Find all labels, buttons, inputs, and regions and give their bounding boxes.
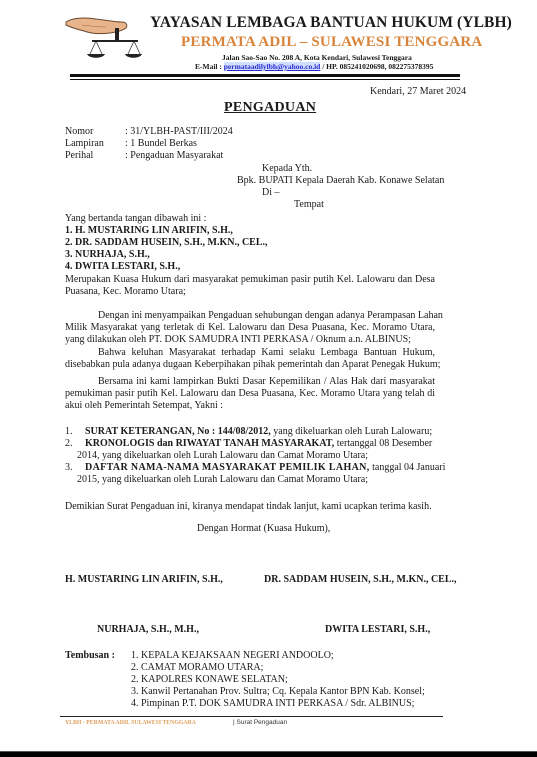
letterhead-rule — [70, 74, 460, 77]
role-line-1: Merupakan Kuasa Hukum dari masyarakat pe… — [65, 274, 435, 286]
attachment-3-num: 3. — [65, 462, 73, 474]
footer-org: YLBH - PERMATA ADIL SULAWESI TENGGARA — [65, 720, 196, 726]
cc-label: Tembusan : — [65, 650, 115, 662]
body-p2-line-2: disebabkan pula adanya dugaan Keberpihak… — [65, 359, 435, 371]
email-link[interactable]: permataadilylbh@yahoo.co.id — [224, 62, 321, 71]
document-title: PENGADUAN — [224, 100, 316, 116]
footer-doc-type: | Surat Pengaduan — [233, 719, 287, 726]
attachment-3-desc: tanggal 04 Januari — [370, 462, 446, 473]
attachment-2-title: KRONOLOGIS dan RIWAYAT TANAH MASYARAKAT, — [85, 438, 334, 449]
attachment-1-desc: yang dikeluarkan oleh Lurah Lalowaru; — [271, 426, 432, 437]
letterhead-rule-thin — [70, 79, 460, 80]
cc-item-3: 2. KAPOLRES KONAWE SELATAN; — [131, 674, 288, 686]
footer-rule — [60, 716, 443, 717]
attachment-3-cont: 2015, yang dikeluarkan oleh Lurah Lalowa… — [77, 474, 368, 486]
attachment-3-title: DAFTAR NAMA-NAMA MASYARAKAT PEMILIK LAHA… — [85, 462, 370, 473]
cc-item-2: 2. CAMAT MORAMO UTARA; — [131, 662, 263, 674]
email-label: E-Mail : — [195, 62, 222, 71]
signature-name-3: NURHAJA, S.H., M.H., — [97, 624, 199, 636]
body-p2-line-1: Bahwa keluhan Masyarakat terhadap Kami s… — [98, 347, 435, 359]
meta-label-lampiran: Lampiran — [65, 138, 104, 150]
body-p1-line-3: yang dilakukan oleh PT. DOK SAMUDRA INTI… — [65, 334, 411, 346]
signature-name-4: DWITA LESTARI, S.H., — [325, 624, 430, 636]
org-contact: E-Mail : permataadilylbh@yahoo.co.id / H… — [195, 62, 433, 71]
hand-holding-scales-icon — [62, 12, 142, 64]
recipient-greeting: Kepada Yth. — [262, 163, 312, 175]
attachment-2-desc: tertanggal 08 Desember — [334, 438, 432, 449]
attachment-2-cont: 2014, yang dikeluarkan oleh Lurah Lalowa… — [77, 450, 368, 462]
meta-label-nomor: Nomor — [65, 126, 93, 138]
signatory-1: 1. H. MUSTARING LIN ARIFIN, S.H., — [65, 225, 233, 237]
body-p1-line-2: Milik Masyarakat yang terletak di Kel. L… — [65, 322, 435, 334]
place-date: Kendari, 27 Maret 2024 — [370, 86, 466, 98]
closing-text: Demikian Surat Pengaduan ini, kiranya me… — [65, 501, 432, 513]
cc-item-5: 4. Pimpinan P.T. DOK SAMUDRA INTI PERKAS… — [131, 698, 414, 710]
body-p3-line-1: Bersama ini kami lampirkan Bukti Dasar K… — [98, 376, 435, 388]
recipient-name: Bpk. BUPATI Kepala Daerah Kab. Konawe Se… — [237, 175, 444, 187]
signature-name-1: H. MUSTARING LIN ARIFIN, S.H., — [65, 574, 223, 586]
attachment-2-num: 2. — [65, 438, 73, 450]
signatory-2: 2. DR. SADDAM HUSEIN, S.H., M.KN., CEL., — [65, 237, 268, 249]
meta-value-lampiran: : 1 Bundel Berkas — [125, 138, 197, 150]
org-address: Jalan Sao-Sao No. 208 A, Kota Kendari, S… — [222, 53, 412, 62]
org-name: YAYASAN LEMBAGA BANTUAN HUKUM (YLBH) — [150, 14, 512, 32]
phone-numbers: / HP. 085241020698, 082275378395 — [320, 62, 433, 71]
attachment-2: KRONOLOGIS dan RIWAYAT TANAH MASYARAKAT,… — [85, 438, 432, 450]
attachment-1-num: 1. — [65, 426, 73, 438]
intro-text: Yang bertanda tangan dibawah ini : — [65, 213, 206, 225]
attachment-1: SURAT KETERANGAN, No : 144/08/2012, yang… — [85, 426, 432, 438]
body-p1-line-1: Dengan ini menyampaikan Pengaduan sehubu… — [98, 310, 435, 322]
cc-item-1: 1. KEPALA KEJAKSAAN NEGERI ANDOOLO; — [131, 650, 334, 662]
bottom-bar — [0, 751, 537, 757]
salutation: Dengan Hormat (Kuasa Hukum), — [197, 523, 330, 535]
body-p3-line-3: akui oleh Pemerintah Setempat, Yakni : — [65, 400, 223, 412]
signatory-3: 3. NURHAJA, S.H., — [65, 249, 150, 261]
cc-item-4: 3. Kanwil Pertanahan Prov. Sultra; Cq. K… — [131, 686, 425, 698]
meta-label-perihal: Perihal — [65, 150, 93, 162]
letter-page: YAYASAN LEMBAGA BANTUAN HUKUM (YLBH) PER… — [0, 0, 537, 752]
recipient-place: Tempat — [294, 199, 324, 211]
attachment-1-title: SURAT KETERANGAN, No : 144/08/2012, — [85, 426, 271, 437]
recipient-di: Di – — [262, 187, 280, 199]
signature-name-2: DR. SADDAM HUSEIN, S.H., M.KN., CEL., — [264, 574, 457, 586]
body-p3-line-2: pemukiman pasir putih Kel. Lalowaru dan … — [65, 388, 435, 400]
signatory-4: 4. DWITA LESTARI, S.H., — [65, 261, 180, 273]
meta-value-nomor: : 31/YLBH-PAST/III/2024 — [125, 126, 233, 138]
role-line-2: Puasana, Kec. Moramo Utara; — [65, 286, 186, 298]
meta-value-perihal: : Pengaduan Masyarakat — [125, 150, 223, 162]
org-subtitle: PERMATA ADIL – SULAWESI TENGGARA — [181, 34, 482, 51]
attachment-3: DAFTAR NAMA-NAMA MASYARAKAT PEMILIK LAHA… — [85, 462, 445, 474]
